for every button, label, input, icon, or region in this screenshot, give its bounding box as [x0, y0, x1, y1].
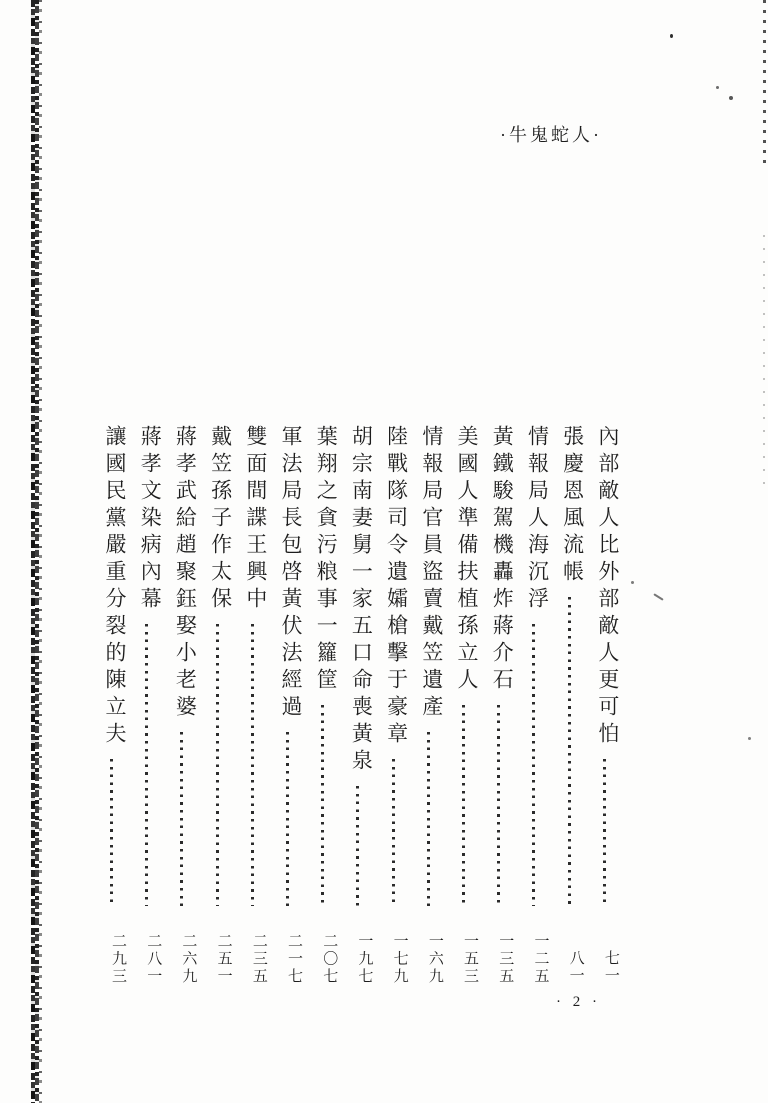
toc-entry-page-number: 二三五 [239, 933, 266, 986]
page-edge-speckle [763, 235, 765, 485]
toc-entry-page-number: 一七九 [380, 933, 407, 986]
toc-entry-title: 蔣孝文染病內幕 [133, 425, 160, 614]
toc-entry: 雙面間諜王興中 二三五 [239, 425, 266, 985]
dotted-leader [180, 732, 183, 906]
scan-speck [670, 34, 673, 38]
toc-entry-page-number: 二一七 [274, 933, 301, 986]
toc-entry-page-number: 一二五 [520, 933, 547, 986]
toc-entry-page-number: 二五一 [204, 933, 231, 986]
toc-entry: 戴笠孫子作太保 二五一 [204, 425, 231, 985]
toc-entry: 蔣孝武給趙聚鈺娶小老婆 二六九 [168, 425, 195, 985]
table-of-contents: 內部敵人比外部敵人更可怕 七一 張慶恩風流帳 八一 情報局人海沉浮 一二五 黃鐵… [98, 425, 618, 985]
toc-entry-title: 葉翔之貪污粮事一籮筐 [309, 425, 336, 695]
toc-entry-page-number: 二六九 [168, 933, 195, 986]
toc-entry-title: 雙面間諜王興中 [239, 425, 266, 614]
dotted-leader [392, 759, 395, 906]
dotted-leader [286, 732, 289, 906]
toc-entry-page-number: 一三五 [485, 933, 512, 986]
scan-speck [631, 581, 634, 584]
toc-entry: 美國人準備扶植孫立人 一五三 [450, 425, 477, 985]
scan-speck [716, 86, 719, 89]
toc-entry-page-number: 一六九 [415, 933, 442, 986]
toc-entry-page-number: 一五三 [450, 933, 477, 986]
toc-entry-title: 情報局官員盜賣戴笠遺產 [415, 425, 442, 722]
dotted-leader [251, 624, 254, 906]
toc-entry: 情報局官員盜賣戴笠遺產 一六九 [415, 425, 442, 985]
page-edge-speckle [763, 0, 766, 170]
toc-entry-title: 戴笠孫子作太保 [204, 425, 231, 614]
toc-entry-page-number: 一九七 [344, 933, 371, 986]
dotted-leader [216, 624, 219, 906]
binding-shadow-strip [39, 0, 42, 1103]
toc-entry-page-number: 二〇七 [309, 933, 336, 986]
toc-entry-page-number: 二八一 [133, 933, 160, 986]
toc-entry: 葉翔之貪污粮事一籮筐 二〇七 [309, 425, 336, 985]
toc-entry-title: 內部敵人比外部敵人更可怕 [591, 425, 618, 749]
toc-entry-title: 胡宗南妻舅一家五口命喪黃泉 [344, 425, 371, 776]
toc-entry-title: 美國人準備扶植孫立人 [450, 425, 477, 695]
toc-entry-page-number: 二九三 [98, 933, 125, 986]
toc-entry-title: 讓國民黨嚴重分裂的陳立夫 [98, 425, 125, 749]
dotted-leader [321, 705, 324, 906]
toc-entry-title: 張慶恩風流帳 [556, 425, 583, 587]
scanned-page: { "colors": { "ink": "#1d1d1d", "paper":… [0, 0, 768, 1103]
toc-entry: 陸戰隊司令遺孀槍擊于豪章 一七九 [380, 425, 407, 985]
toc-entry: 內部敵人比外部敵人更可怕 七一 [591, 425, 618, 985]
toc-entry-page-number: 七一 [591, 950, 618, 985]
toc-entry-title: 軍法局長包啓黃伏法經過 [274, 425, 301, 722]
toc-entry: 胡宗南妻舅一家五口命喪黃泉 一九七 [344, 425, 371, 985]
page-header-book-title: ·牛鬼蛇人· [500, 121, 602, 147]
scan-speck [729, 96, 733, 100]
toc-entry-title: 蔣孝武給趙聚鈺娶小老婆 [168, 425, 195, 722]
dotted-leader [603, 759, 606, 906]
dotted-leader [110, 759, 113, 906]
dotted-leader [356, 786, 359, 906]
toc-entry-title: 陸戰隊司令遺孀槍擊于豪章 [380, 425, 407, 749]
dotted-leader [462, 705, 465, 906]
dotted-leader [145, 624, 148, 906]
toc-entry: 情報局人海沉浮 一二五 [520, 425, 547, 985]
toc-entry-page-number: 八一 [556, 950, 583, 985]
scan-scratch [653, 593, 663, 601]
dotted-leader [532, 624, 535, 906]
dotted-leader [427, 732, 430, 906]
toc-entry: 蔣孝文染病內幕 二八一 [133, 425, 160, 985]
toc-entry: 軍法局長包啓黃伏法經過 二一七 [274, 425, 301, 985]
toc-entry: 張慶恩風流帳 八一 [556, 425, 583, 985]
toc-entry-title: 情報局人海沉浮 [520, 425, 547, 614]
toc-entry: 讓國民黨嚴重分裂的陳立夫 二九三 [98, 425, 125, 985]
dotted-leader [568, 597, 571, 906]
toc-entry-title: 黃鐵駿駕機轟炸蔣介石 [485, 425, 512, 695]
dotted-leader [497, 705, 500, 906]
toc-entry: 黃鐵駿駕機轟炸蔣介石 一三五 [485, 425, 512, 985]
scan-speck [748, 737, 751, 740]
page-number-footer: · 2 · [556, 994, 601, 1011]
